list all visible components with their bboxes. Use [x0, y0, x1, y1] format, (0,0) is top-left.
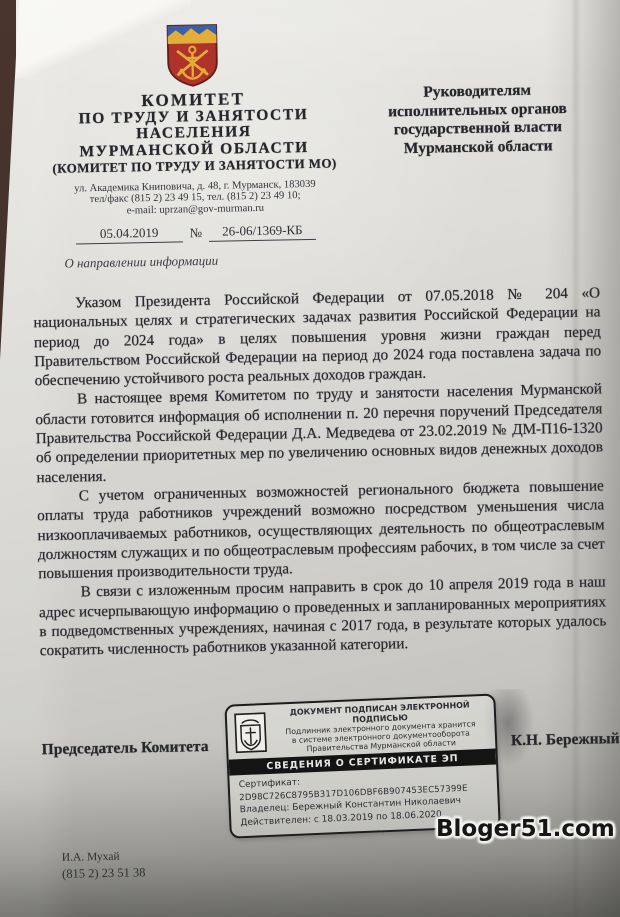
letter-body: Указом Президента Российской Федерации о…: [33, 283, 607, 660]
doc-number-field: 26-06/1369-КБ: [209, 222, 316, 242]
recipient-line: Мурманской области: [346, 136, 610, 160]
date-field: 05.04.2019: [76, 224, 183, 244]
document-photo: КОМИТЕТ ПО ТРУДУ И ЗАНЯТОСТИ НАСЕЛЕНИЯ М…: [0, 0, 620, 917]
stamp-head-text: ДОКУМЕНТ ПОДПИСАН ЭЛЕКТРОННОЙ ПОДПИСЬЮ П…: [272, 700, 490, 755]
executor-block: И.А. Мухай (815 2) 23 51 38: [62, 848, 146, 882]
date-number-row: 05.04.2019 № 26-06/1369-КБ: [76, 222, 316, 245]
signature-position: Председатель Комитета: [42, 738, 209, 759]
letterhead: КОМИТЕТ ПО ТРУДУ И ЗАНЯТОСТИ НАСЕЛЕНИЯ М…: [22, 19, 366, 245]
recipient-block: Руководителям исполнительных органов гос…: [345, 80, 610, 159]
body-paragraph: В настоящее время Комитетом по труду и з…: [35, 380, 604, 487]
coat-of-arms-icon: [165, 22, 220, 89]
subject-line: О направлении информации: [64, 253, 218, 272]
body-paragraph: Указом Президента Российской Федерации о…: [33, 283, 602, 390]
body-paragraph: В связи с изложенным просим направить в …: [39, 573, 607, 661]
body-paragraph: С учетом ограниченных возможностей регио…: [37, 476, 606, 583]
number-sign: №: [182, 225, 209, 243]
stamp-emblem-icon: [234, 712, 268, 753]
org-name: КОМИТЕТ ПО ТРУДУ И ЗАНЯТОСТИ НАСЕЛЕНИЯ М…: [23, 89, 365, 178]
executor-name: И.А. Мухай: [62, 848, 146, 866]
executor-phone: (815 2) 23 51 38: [62, 864, 146, 882]
org-address: ул. Академика Книповича, д. 48, г. Мурма…: [25, 177, 366, 219]
letter-content: КОМИТЕТ ПО ТРУДУ И ЗАНЯТОСТИ НАСЕЛЕНИЯ М…: [0, 0, 620, 917]
watermark: Bloger51.com: [436, 816, 615, 842]
